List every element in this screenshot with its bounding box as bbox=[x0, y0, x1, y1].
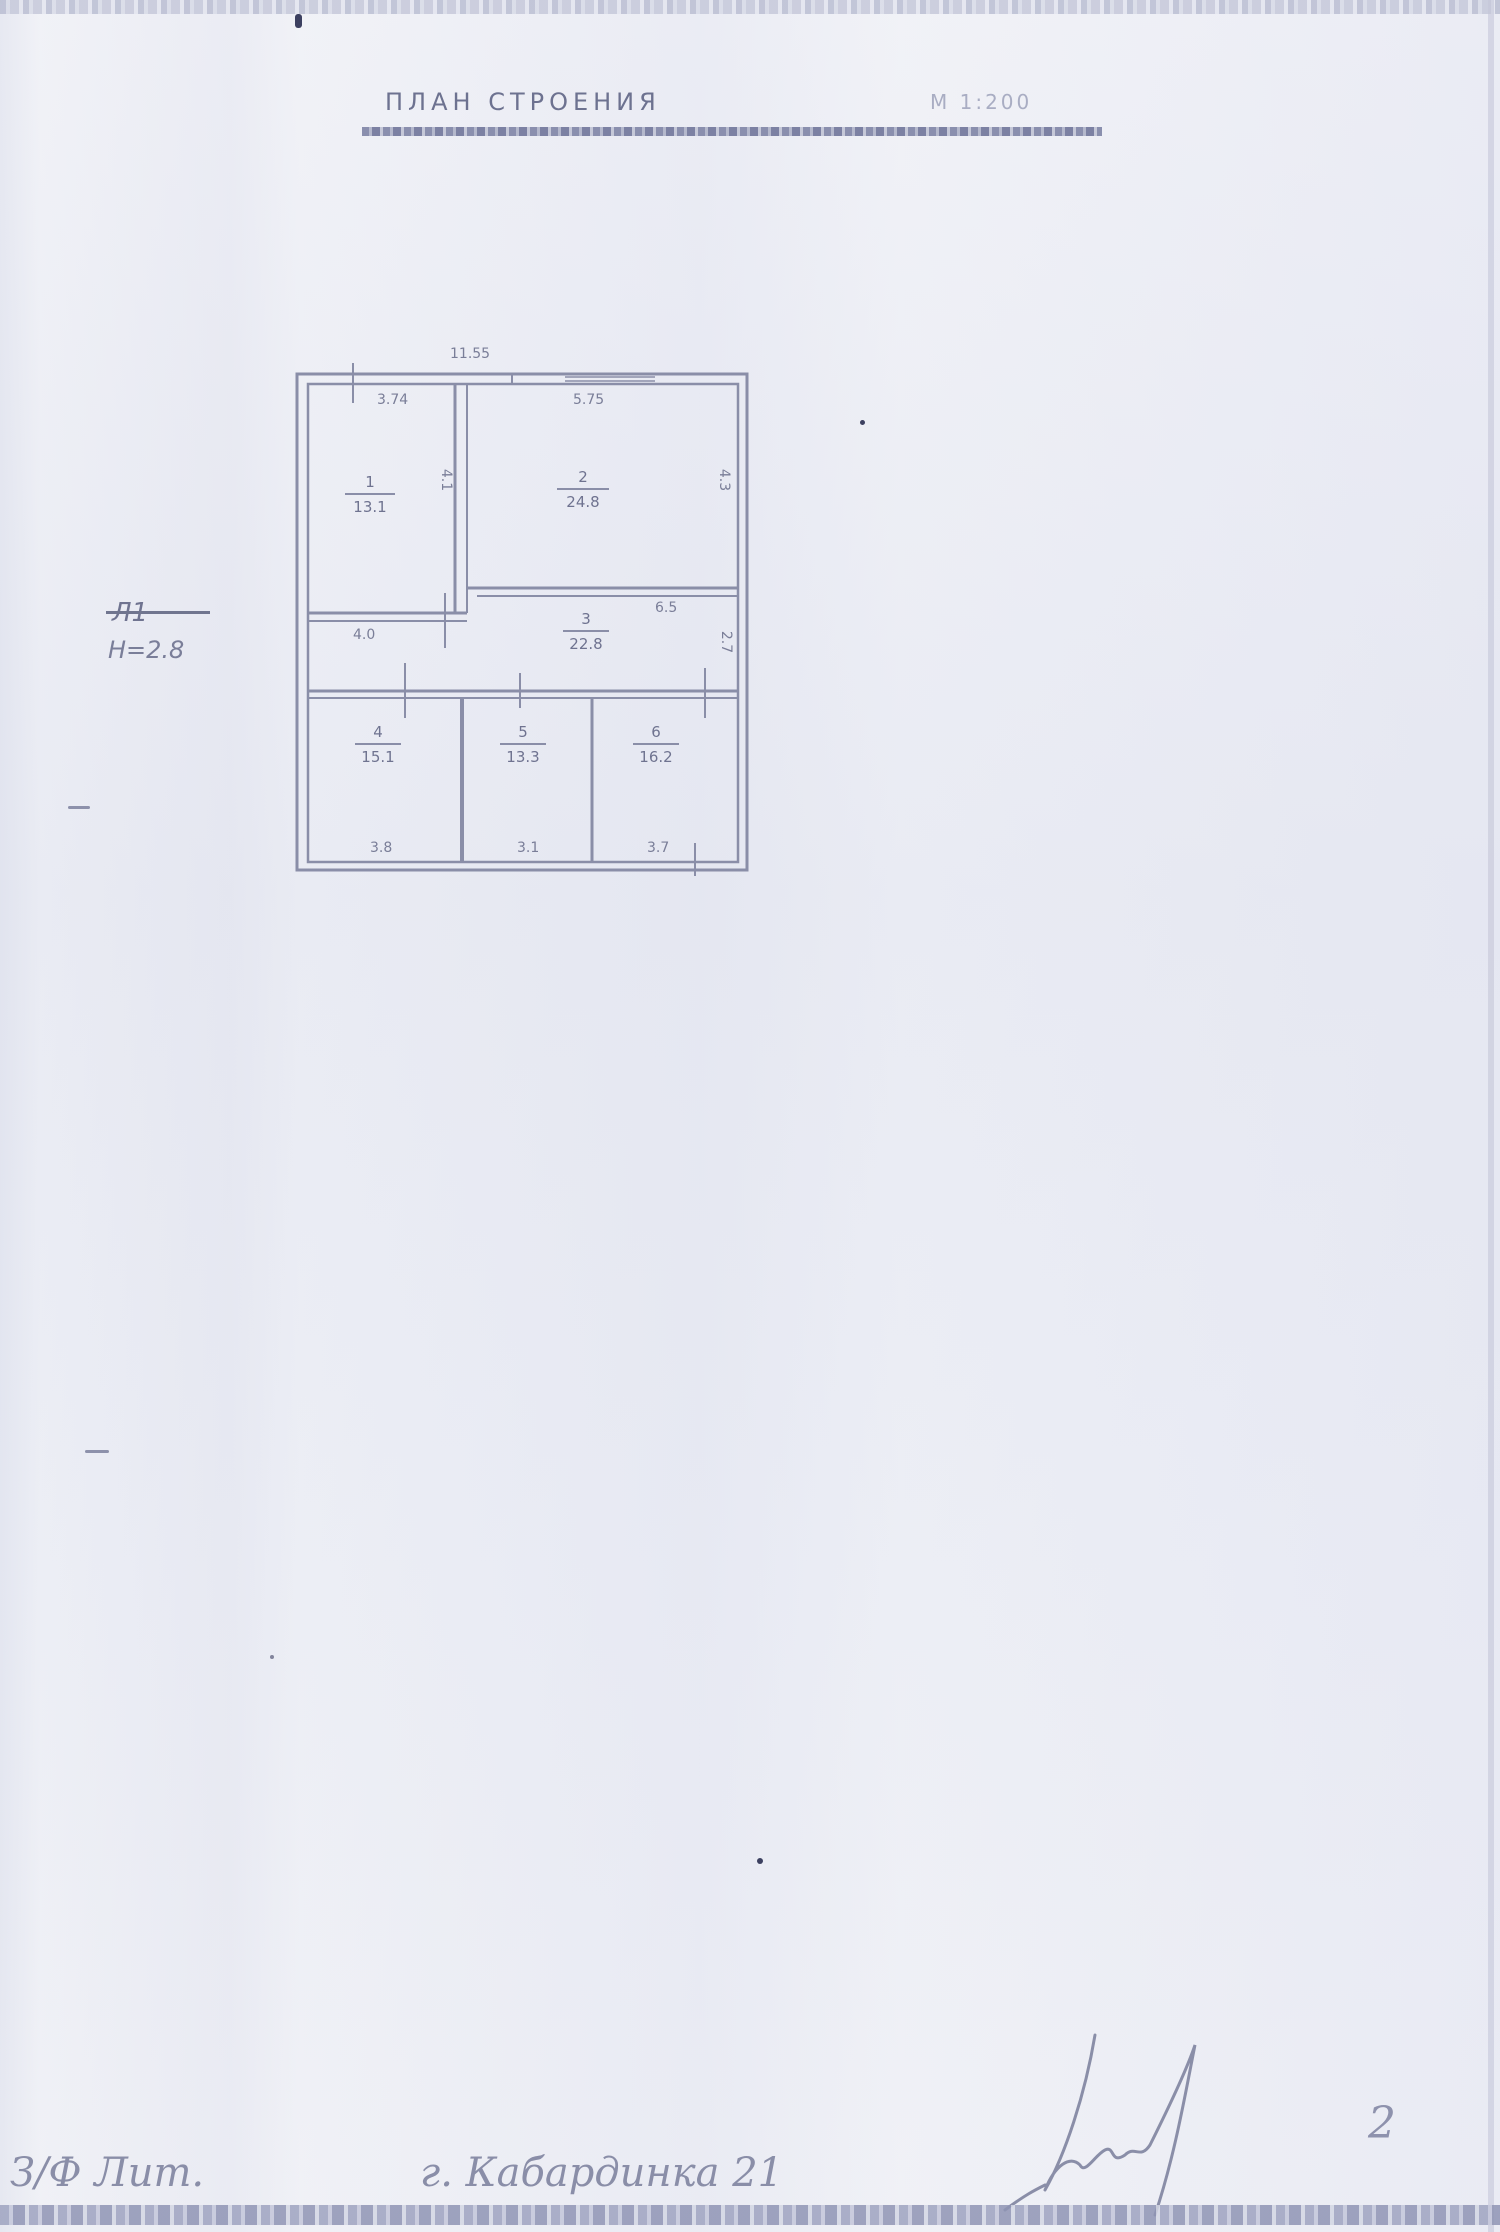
dimension-room1-top: 3.74 bbox=[377, 393, 408, 407]
handwritten-note-left: З/Ф Лит. bbox=[10, 2150, 204, 2196]
room-label-3: 3 22.8 bbox=[563, 610, 609, 653]
scan-speck bbox=[860, 420, 865, 425]
building-letter-rule bbox=[106, 611, 210, 614]
room-number: 2 bbox=[557, 468, 609, 490]
scan-speck bbox=[270, 1655, 274, 1659]
dimension-side-a: 4.1 bbox=[439, 469, 453, 491]
dimension-corridor-right: 6.5 bbox=[655, 601, 677, 615]
scale-label: М 1:200 bbox=[930, 90, 1032, 114]
scan-bottom-edge bbox=[0, 2205, 1500, 2225]
dimension-room5-bottom: 3.1 bbox=[517, 841, 539, 855]
scan-top-edge bbox=[0, 0, 1500, 14]
room-area: 24.8 bbox=[557, 490, 609, 511]
room-area: 13.3 bbox=[500, 745, 546, 766]
scan-right-edge bbox=[1488, 0, 1494, 2232]
scan-dash bbox=[85, 1450, 109, 1453]
room-number: 3 bbox=[563, 610, 609, 632]
signature bbox=[985, 2015, 1225, 2229]
page-number: 2 bbox=[1368, 2098, 1396, 2149]
scanned-paper-background bbox=[0, 0, 1500, 2232]
room-number: 4 bbox=[355, 723, 401, 745]
room-label-2: 2 24.8 bbox=[557, 468, 609, 511]
dimension-side-c: 2.7 bbox=[719, 631, 733, 653]
room-number: 5 bbox=[500, 723, 546, 745]
room-area: 13.1 bbox=[345, 495, 395, 516]
dimension-room2-top: 5.75 bbox=[573, 393, 604, 407]
scan-speck bbox=[757, 1858, 763, 1864]
room-label-1: 1 13.1 bbox=[345, 473, 395, 516]
room-label-6: 6 16.2 bbox=[633, 723, 679, 766]
dimension-side-b: 4.3 bbox=[717, 469, 731, 491]
dimension-room4-bottom: 3.8 bbox=[370, 841, 392, 855]
room-area: 16.2 bbox=[633, 745, 679, 766]
scan-dash bbox=[68, 806, 90, 809]
ceiling-height: Н=2.8 bbox=[108, 636, 184, 664]
dimension-overall-width: 11.55 bbox=[450, 347, 490, 361]
handwritten-address: г. Кабардинка 21 bbox=[420, 2150, 783, 2196]
room-label-5: 5 13.3 bbox=[500, 723, 546, 766]
floor-plan-walls bbox=[295, 363, 750, 876]
room-area: 22.8 bbox=[563, 632, 609, 653]
room-number: 1 bbox=[345, 473, 395, 495]
room-label-4: 4 15.1 bbox=[355, 723, 401, 766]
floor-plan: 11.55 3.74 5.75 4.1 4.3 4.0 6.5 2.7 3.8 … bbox=[295, 363, 750, 876]
title-underline bbox=[362, 127, 1102, 136]
room-area: 15.1 bbox=[355, 745, 401, 766]
document-title: ПЛАН СТРОЕНИЯ bbox=[385, 88, 661, 116]
dimension-room6-bottom: 3.7 bbox=[647, 841, 669, 855]
room-number: 6 bbox=[633, 723, 679, 745]
signature-icon bbox=[985, 2015, 1225, 2225]
scan-mark bbox=[295, 14, 302, 28]
dimension-corridor-left: 4.0 bbox=[353, 628, 375, 642]
